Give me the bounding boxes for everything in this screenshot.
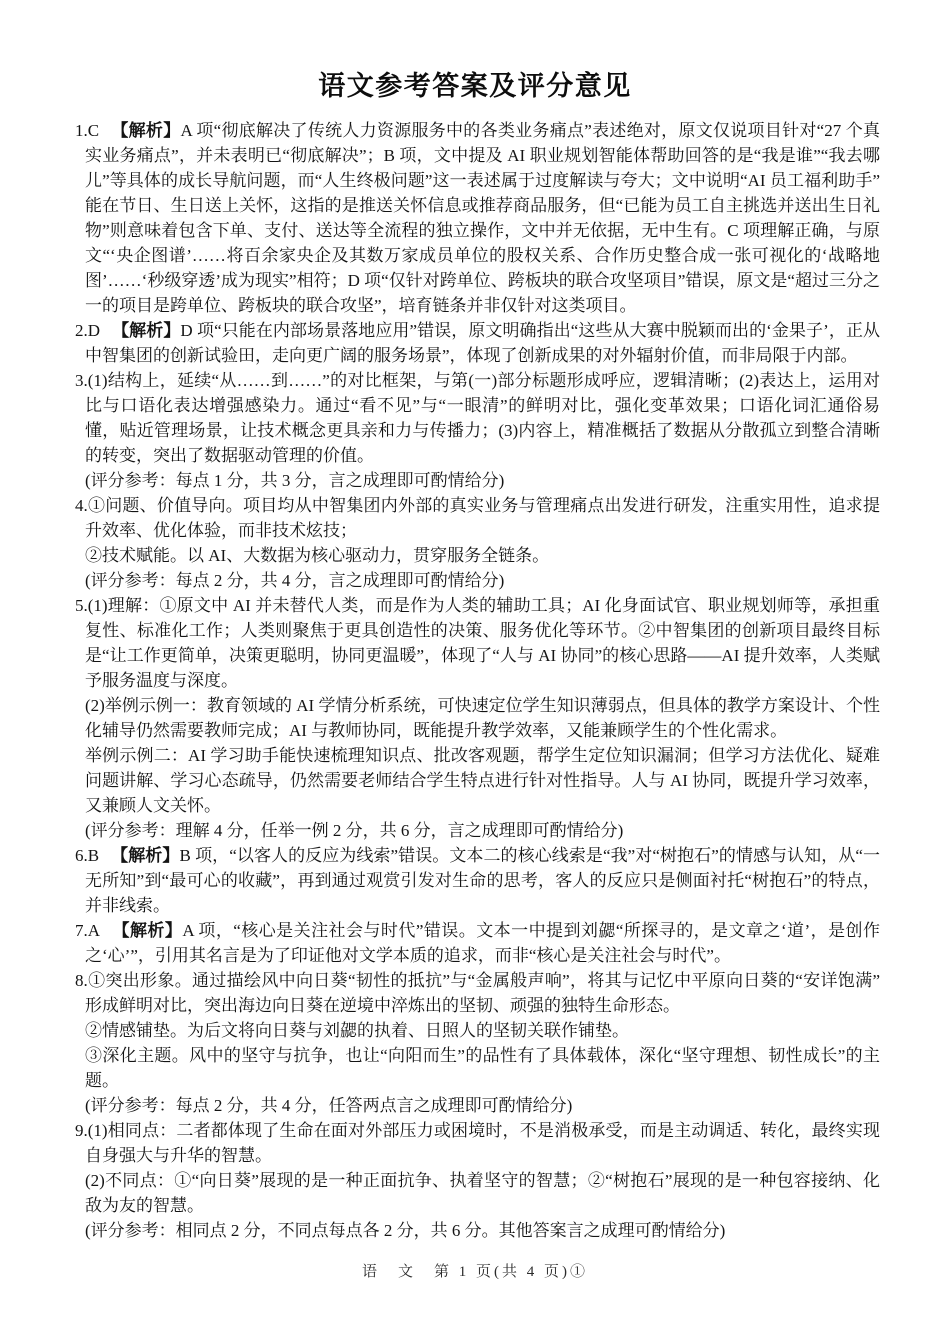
answer-paragraph: 举例示例二：AI 学习助手能快速梳理知识点、批改客观题，帮学生定位知识漏洞；但学… bbox=[85, 743, 880, 818]
answer-label: 4. bbox=[75, 496, 88, 515]
answer-item: 3.(1)结构上，延续“从……到……”的对比框架，与第(一)部分标题形成呼应，逻… bbox=[85, 368, 880, 493]
analysis-marker: 【解析】 bbox=[112, 921, 182, 940]
answer-paragraph-first: 7.A【解析】A 项，“核心是关注社会与时代”错误。文本一中提到刘勰“所探寻的，… bbox=[85, 918, 880, 968]
answer-paragraph-first: 3.(1)结构上，延续“从……到……”的对比框架，与第(一)部分标题形成呼应，逻… bbox=[85, 368, 880, 468]
answer-paragraph: (评分参考：理解 4 分，任举一例 2 分，共 6 分，言之成理即可酌情给分) bbox=[85, 818, 880, 843]
answer-paragraph-first: 2.D【解析】D 项“只能在内部场景落地应用”错误，原文明确指出“这些从大赛中脱… bbox=[85, 318, 880, 368]
answer-paragraph: (评分参考：相同点 2 分，不同点每点各 2 分，共 6 分。其他答案言之成理可… bbox=[85, 1218, 880, 1243]
analysis-marker: 【解析】 bbox=[112, 321, 180, 340]
analysis-marker: 【解析】 bbox=[111, 846, 179, 865]
answer-paragraph: (2)举例示例一：教育领域的 AI 学情分析系统，可快速定位学生知识薄弱点，但具… bbox=[85, 693, 880, 743]
answer-paragraph: ②情感铺垫。为后文将向日葵与刘勰的执着、日照人的坚韧关联作铺垫。 bbox=[85, 1018, 880, 1043]
answer-sheet-page: 语文参考答案及评分意见 1.C【解析】A 项“彻底解决了传统人力资源服务中的各类… bbox=[0, 0, 950, 1243]
answer-item: 2.D【解析】D 项“只能在内部场景落地应用”错误，原文明确指出“这些从大赛中脱… bbox=[85, 318, 880, 368]
answer-paragraph: ③深化主题。风中的坚守与抗争，也让“向阳而生”的品性有了具体载体，深化“坚守理想… bbox=[85, 1043, 880, 1093]
answer-label: 7.A bbox=[75, 921, 100, 940]
answers-list: 1.C【解析】A 项“彻底解决了传统人力资源服务中的各类业务痛点”表述绝对，原文… bbox=[0, 118, 950, 1243]
answer-item: 6.B【解析】B 项，“以客人的反应为线索”错误。文本二的核心线索是“我”对“树… bbox=[85, 843, 880, 918]
answer-label: 8. bbox=[75, 971, 88, 990]
answer-paragraph: (评分参考：每点 1 分，共 3 分，言之成理即可酌情给分) bbox=[85, 468, 880, 493]
analysis-marker: 【解析】 bbox=[111, 121, 180, 140]
answer-item: 7.A【解析】A 项，“核心是关注社会与时代”错误。文本一中提到刘勰“所探寻的，… bbox=[85, 918, 880, 968]
answer-item: 1.C【解析】A 项“彻底解决了传统人力资源服务中的各类业务痛点”表述绝对，原文… bbox=[85, 118, 880, 318]
answer-paragraph-first: 4.①问题、价值导向。项目均从中智集团内外部的真实业务与管理痛点出发进行研发，注… bbox=[85, 493, 880, 543]
answer-paragraph-first: 6.B【解析】B 项，“以客人的反应为线索”错误。文本二的核心线索是“我”对“树… bbox=[85, 843, 880, 918]
answer-label: 5. bbox=[75, 596, 88, 615]
answer-paragraph: ②技术赋能。以 AI、大数据为核心驱动力，贯穿服务全链条。 bbox=[85, 543, 880, 568]
answer-paragraph-first: 9.(1)相同点：二者都体现了生命在面对外部压力或困境时，不是消极承受，而是主动… bbox=[85, 1118, 880, 1168]
answer-paragraph: (2)不同点：①“向日葵”展现的是一种正面抗争、执着坚守的智慧；②“树抱石”展现… bbox=[85, 1168, 880, 1218]
answer-item: 8.①突出形象。通过描绘风中向日葵“韧性的抵抗”与“金属般声响”，将其与记忆中平… bbox=[85, 968, 880, 1118]
answer-label: 6.B bbox=[75, 846, 99, 865]
answer-paragraph-first: 8.①突出形象。通过描绘风中向日葵“韧性的抵抗”与“金属般声响”，将其与记忆中平… bbox=[85, 968, 880, 1018]
answer-paragraph: (评分参考：每点 2 分，共 4 分，任答两点言之成理即可酌情给分) bbox=[85, 1093, 880, 1118]
page-title: 语文参考答案及评分意见 bbox=[0, 0, 950, 103]
answer-label: 3. bbox=[75, 371, 88, 390]
answer-paragraph: (评分参考：每点 2 分，共 4 分，言之成理即可酌情给分) bbox=[85, 568, 880, 593]
answer-item: 9.(1)相同点：二者都体现了生命在面对外部压力或困境时，不是消极承受，而是主动… bbox=[85, 1118, 880, 1243]
answer-label: 1.C bbox=[75, 121, 99, 140]
answer-item: 4.①问题、价值导向。项目均从中智集团内外部的真实业务与管理痛点出发进行研发，注… bbox=[85, 493, 880, 593]
answer-item: 5.(1)理解：①原文中 AI 并未替代人类，而是作为人类的辅助工具；AI 化身… bbox=[85, 593, 880, 843]
page-footer: 语 文 第 1 页(共 4 页)① bbox=[0, 1260, 950, 1281]
answer-paragraph-first: 5.(1)理解：①原文中 AI 并未替代人类，而是作为人类的辅助工具；AI 化身… bbox=[85, 593, 880, 693]
answer-label: 2.D bbox=[75, 321, 100, 340]
answer-paragraph-first: 1.C【解析】A 项“彻底解决了传统人力资源服务中的各类业务痛点”表述绝对，原文… bbox=[85, 118, 880, 318]
answer-label: 9. bbox=[75, 1121, 88, 1140]
